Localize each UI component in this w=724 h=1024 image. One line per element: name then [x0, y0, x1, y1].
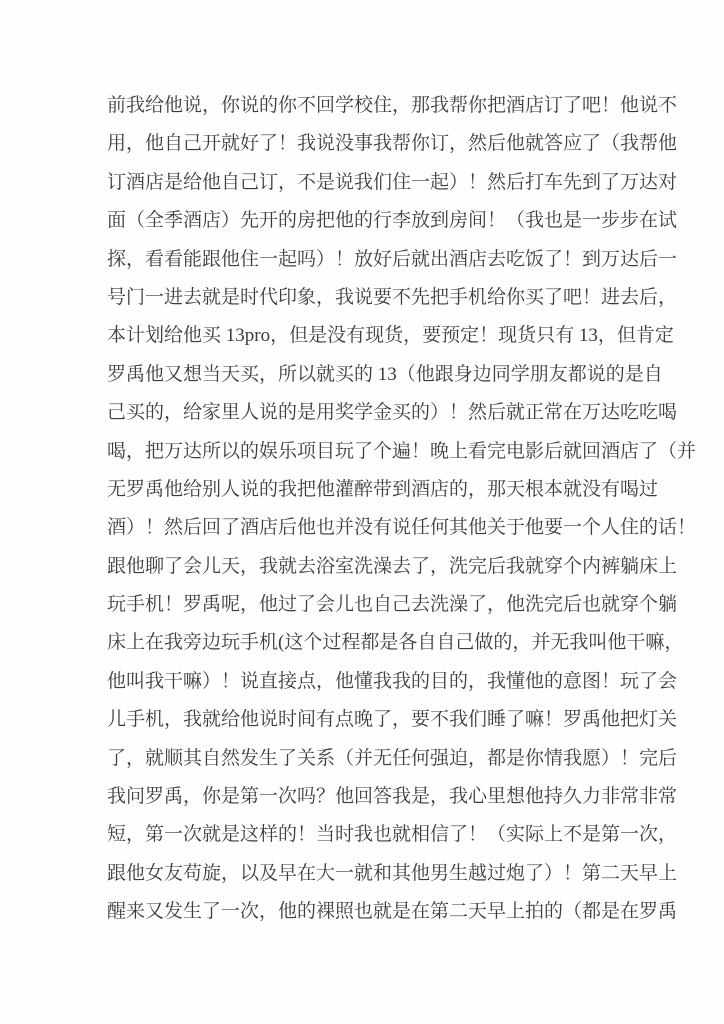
text-line: 本计划给他买 13pro，但是没有现货，要预定！现货只有 13，但肯定: [107, 317, 620, 355]
text-line: 酒）！然后回了酒店后他也并没有说任何其他关于他要一个人住的话！: [107, 509, 620, 547]
text-line: 他叫我干嘛）！说直接点，他懂我我的目的，我懂他的意图！玩了会: [107, 663, 620, 701]
text-line: 喝，把万达所以的娱乐项目玩了个遍！晚上看完电影后就回酒店了（并: [107, 433, 620, 471]
text-line: 订酒店是给他自己订，不是说我们住一起）！然后打车先到了万达对: [107, 164, 620, 202]
text-line: 我问罗禹，你是第一次吗？他回答我是，我心里想他持久力非常非常: [107, 778, 620, 816]
text-line: 短，第一次就是这样的！当时我也就相信了！（实际上不是第一次，: [107, 816, 620, 854]
text-line: 号门一进去就是时代印象，我说要不先把手机给你买了吧！进去后，: [107, 279, 620, 317]
text-line: 罗禹他又想当天买，所以就买的 13（他跟身边同学朋友都说的是自: [107, 356, 620, 394]
document-page: 前我给他说，你说的你不回学校住，那我帮你把酒店订了吧！他说不用，他自己开就好了！…: [0, 0, 724, 1024]
text-line: 前我给他说，你说的你不回学校住，那我帮你把酒店订了吧！他说不: [107, 87, 620, 125]
text-line: 儿手机，我就给他说时间有点晚了，要不我们睡了嘛！罗禹他把灯关: [107, 701, 620, 739]
text-line: 床上在我旁边玩手机(这个过程都是各自自己做的，并无我叫他干嘛，: [107, 624, 620, 662]
text-line: 醒来又发生了一次，他的裸照也就是在第二天早上拍的（都是在罗禹: [107, 893, 620, 931]
text-line: 面（全季酒店）先开的房把他的行李放到房间！（我也是一步步在试: [107, 202, 620, 240]
text-line: 己买的，给家里人说的是用奖学金买的）！然后就正常在万达吃吃喝: [107, 394, 620, 432]
text-line: 跟他女友苟旋，以及早在大一就和其他男生越过炮了）！第二天早上: [107, 855, 620, 893]
text-line: 探，看看能跟他住一起吗）！放好后就出酒店去吃饭了！到万达后一: [107, 241, 620, 279]
text-line: 用，他自己开就好了！我说没事我帮你订，然后他就答应了（我帮他: [107, 125, 620, 163]
text-line: 玩手机！罗禹呢，他过了会儿也自己去洗澡了，他洗完后也就穿个躺: [107, 586, 620, 624]
text-line: 了，就顺其自然发生了关系（并无任何强迫，都是你情我愿）！完后: [107, 740, 620, 778]
body-text: 前我给他说，你说的你不回学校住，那我帮你把酒店订了吧！他说不用，他自己开就好了！…: [107, 87, 620, 932]
text-line: 无罗禹他给别人说的我把他灌醉带到酒店的，那天根本就没有喝过: [107, 471, 620, 509]
text-line: 跟他聊了会儿天，我就去浴室洗澡去了，洗完后我就穿个内裤躺床上: [107, 548, 620, 586]
